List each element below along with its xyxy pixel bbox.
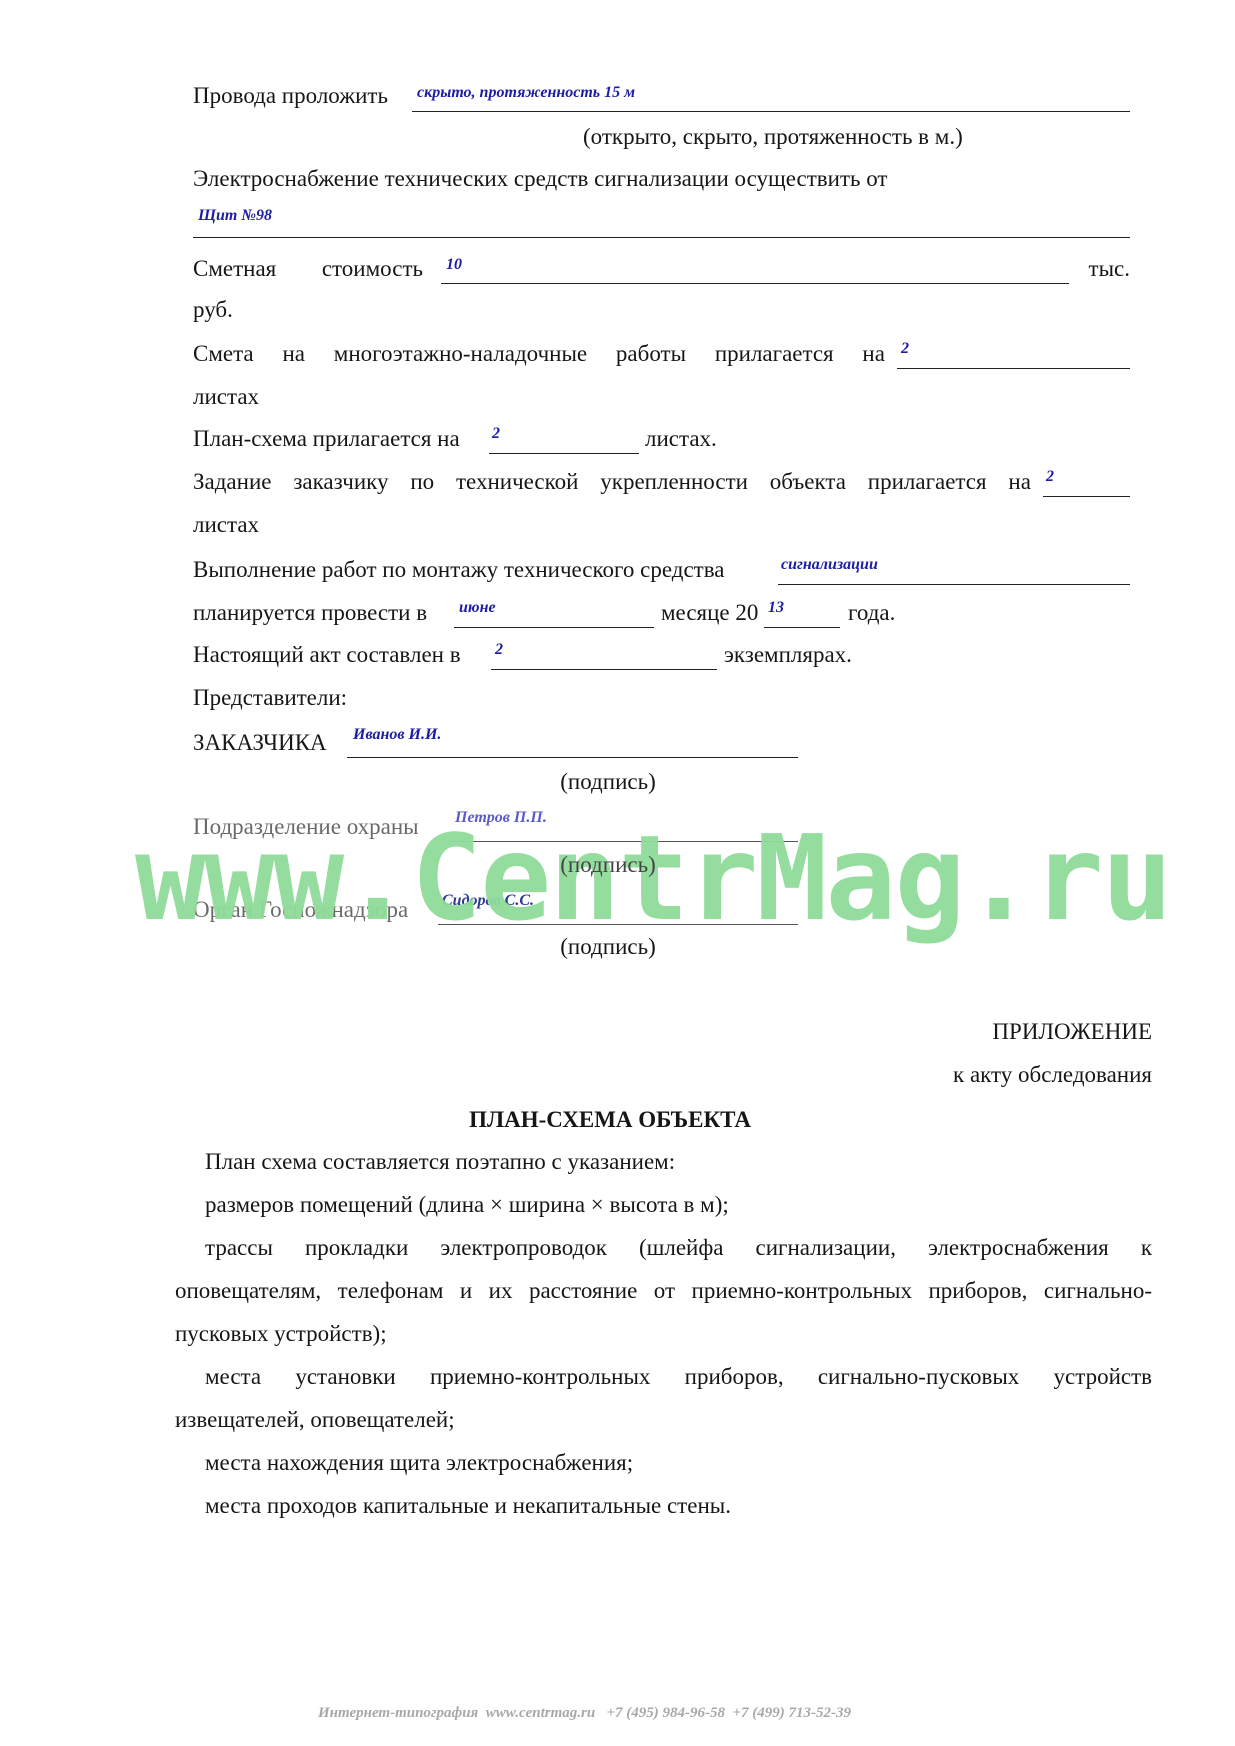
appendix-item: размеров помещений (длина × ширина × выс…	[205, 1191, 729, 1219]
schedule-label: планируется провести в	[193, 599, 427, 627]
task-word: по	[410, 468, 434, 496]
task-word: Задание	[193, 468, 271, 496]
estimate-field-line[interactable]	[897, 368, 1130, 369]
cost-unit-2: руб.	[193, 296, 233, 324]
schedule-month-line[interactable]	[454, 627, 654, 628]
appendix-item-continued: оповещателям, телефонам и их расстояние …	[175, 1277, 1152, 1305]
task-word: укрепленности	[600, 468, 748, 496]
plan-value[interactable]: 2	[492, 425, 500, 443]
wires-label: Провода проложить	[193, 82, 388, 110]
rep-security-name[interactable]: Петров П.П.	[455, 809, 547, 827]
task-word: технической	[456, 468, 578, 496]
schedule-year-suffix: года.	[848, 599, 895, 627]
task-label: Задание заказчику по технической укрепле…	[193, 468, 1031, 496]
wires-value[interactable]: скрыто, протяженность 15 м	[417, 84, 635, 102]
footer-print-shop: Интернет-типография www.centrmag.ru +7 (…	[318, 1705, 918, 1722]
rep-security-signature-line[interactable]	[450, 841, 798, 842]
appendix-item: места проходов капитальные и некапитальн…	[205, 1492, 731, 1520]
rep-security-label: Подразделение охраны	[193, 813, 419, 841]
representatives-heading: Представители:	[193, 684, 347, 712]
task-word: заказчику	[293, 468, 388, 496]
power-field-line[interactable]	[193, 237, 1130, 238]
appendix-item-continued: извещателей, оповещателей;	[175, 1406, 455, 1434]
rep-customer-signature-line[interactable]	[347, 757, 798, 758]
rep-customer-caption: (подпись)	[508, 768, 708, 796]
power-label: Электроснабжение технических средств сиг…	[193, 165, 887, 193]
appendix-intro: План схема составляется поэтапно с указа…	[205, 1148, 675, 1176]
plan-suffix: листах.	[645, 425, 717, 453]
cost-value[interactable]: 10	[446, 256, 462, 274]
rep-customer-label: ЗАКАЗЧИКА	[193, 729, 327, 757]
appendix-label: ПРИЛОЖЕНИЕ	[700, 1018, 1152, 1046]
rep-customer-name[interactable]: Иванов И.И.	[353, 726, 441, 744]
works-value[interactable]: сигнализации	[781, 556, 878, 574]
estimate-word: работы	[616, 340, 686, 368]
works-label: Выполнение работ по монтажу технического…	[193, 556, 724, 584]
task-field-line[interactable]	[1043, 496, 1130, 497]
rep-fire-name[interactable]: Сидоров С.С.	[442, 892, 534, 910]
estimate-word: на	[282, 340, 305, 368]
task-suffix: листах	[193, 511, 259, 539]
task-word: на	[1008, 468, 1031, 496]
rep-fire-label: Орган Госпожнадзора	[193, 896, 408, 924]
cost-label: Сметная стоимость	[193, 255, 423, 283]
power-value[interactable]: Щит №98	[198, 207, 272, 225]
appendix-sublabel: к акту обследования	[700, 1061, 1152, 1089]
cost-label-word: стоимость	[322, 255, 423, 283]
plan-label: План-схема прилагается на	[193, 425, 460, 453]
appendix-item: места нахождения щита электроснабжения;	[205, 1449, 633, 1477]
cost-unit-1: тыс.	[1060, 255, 1130, 283]
schedule-month-suffix: месяце 20	[661, 599, 758, 627]
plan-field-line[interactable]	[489, 453, 639, 454]
estimate-word: прилагается	[715, 340, 834, 368]
estimate-value[interactable]: 2	[901, 340, 909, 358]
estimate-label: Смета на многоэтажно-наладочные работы п…	[193, 340, 885, 368]
estimate-suffix: листах	[193, 383, 259, 411]
schedule-year[interactable]: 13	[768, 599, 784, 617]
rep-fire-caption: (подпись)	[508, 933, 708, 961]
cost-field-line[interactable]	[441, 283, 1069, 284]
copies-value[interactable]: 2	[495, 641, 503, 659]
wires-field-line[interactable]	[412, 111, 1130, 112]
rep-security-caption: (подпись)	[508, 851, 708, 879]
task-word: прилагается	[868, 468, 987, 496]
copies-suffix: экземплярах.	[724, 641, 852, 669]
appendix-item-continued: пусковых устройств);	[175, 1320, 387, 1348]
appendix-item: трассы прокладки электропроводок (шлейфа…	[205, 1234, 1152, 1262]
task-word: объекта	[770, 468, 846, 496]
schedule-month[interactable]: июне	[459, 599, 496, 617]
works-field-line[interactable]	[778, 584, 1130, 585]
task-value[interactable]: 2	[1046, 468, 1054, 486]
appendix-title: ПЛАН-СХЕМА ОБЪЕКТА	[310, 1106, 910, 1134]
cost-label-word: Сметная	[193, 255, 276, 283]
copies-label: Настоящий акт составлен в	[193, 641, 461, 669]
schedule-year-line[interactable]	[764, 627, 840, 628]
estimate-word: на	[862, 340, 885, 368]
rep-fire-signature-line[interactable]	[438, 924, 798, 925]
estimate-word: Смета	[193, 340, 254, 368]
copies-field-line[interactable]	[491, 669, 717, 670]
appendix-item: места установки приемно-контрольных приб…	[205, 1363, 1152, 1391]
wires-hint: (открыто, скрыто, протяженность в м.)	[583, 123, 963, 151]
estimate-word: многоэтажно-наладочные	[334, 340, 587, 368]
